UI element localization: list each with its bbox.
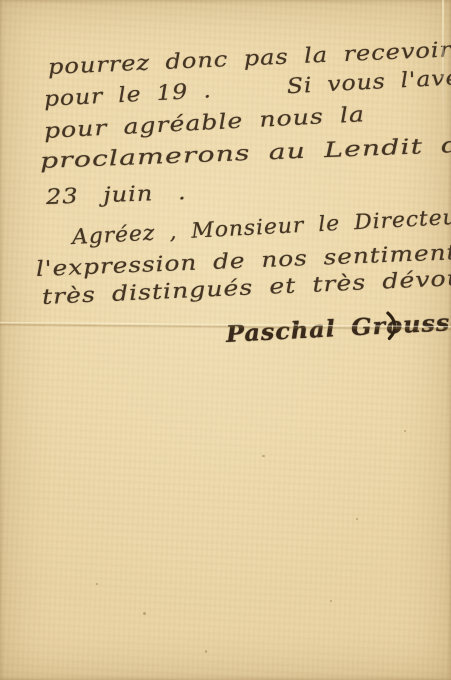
body-line-4: proclamerons au Lendit du <box>40 132 451 173</box>
foxing-spot <box>96 583 98 585</box>
paper-edge-highlight <box>442 0 444 150</box>
paper-texture <box>0 0 451 680</box>
foxing-spot <box>143 612 146 615</box>
body-line-2: pour le 19 . Si vous l'avez <box>43 65 451 111</box>
foxing-spot <box>356 518 358 520</box>
foxing-spot <box>330 600 332 602</box>
closing-line-2: l'expression de nos sentiments <box>36 240 451 281</box>
closing-line-1: Agréez , Monsieur le Directeur , <box>71 203 451 249</box>
body-line-5: 23 juin . <box>46 180 187 209</box>
body-line-1: pourrez donc pas la recevoir <box>47 37 451 79</box>
body-line-3: pour agréable nous la <box>43 102 365 143</box>
letter-paper: pourrez donc pas la recevoir pour le 19 … <box>0 0 451 680</box>
closing-line-3: très distingués et très dévoués <box>41 265 451 309</box>
signature-flourish-stroke <box>381 311 407 344</box>
foxing-spot <box>205 650 207 653</box>
fold-crease <box>0 322 451 329</box>
signature: Paschal Grousset <box>225 308 451 348</box>
foxing-spot <box>262 455 265 457</box>
foxing-spot <box>404 430 406 432</box>
